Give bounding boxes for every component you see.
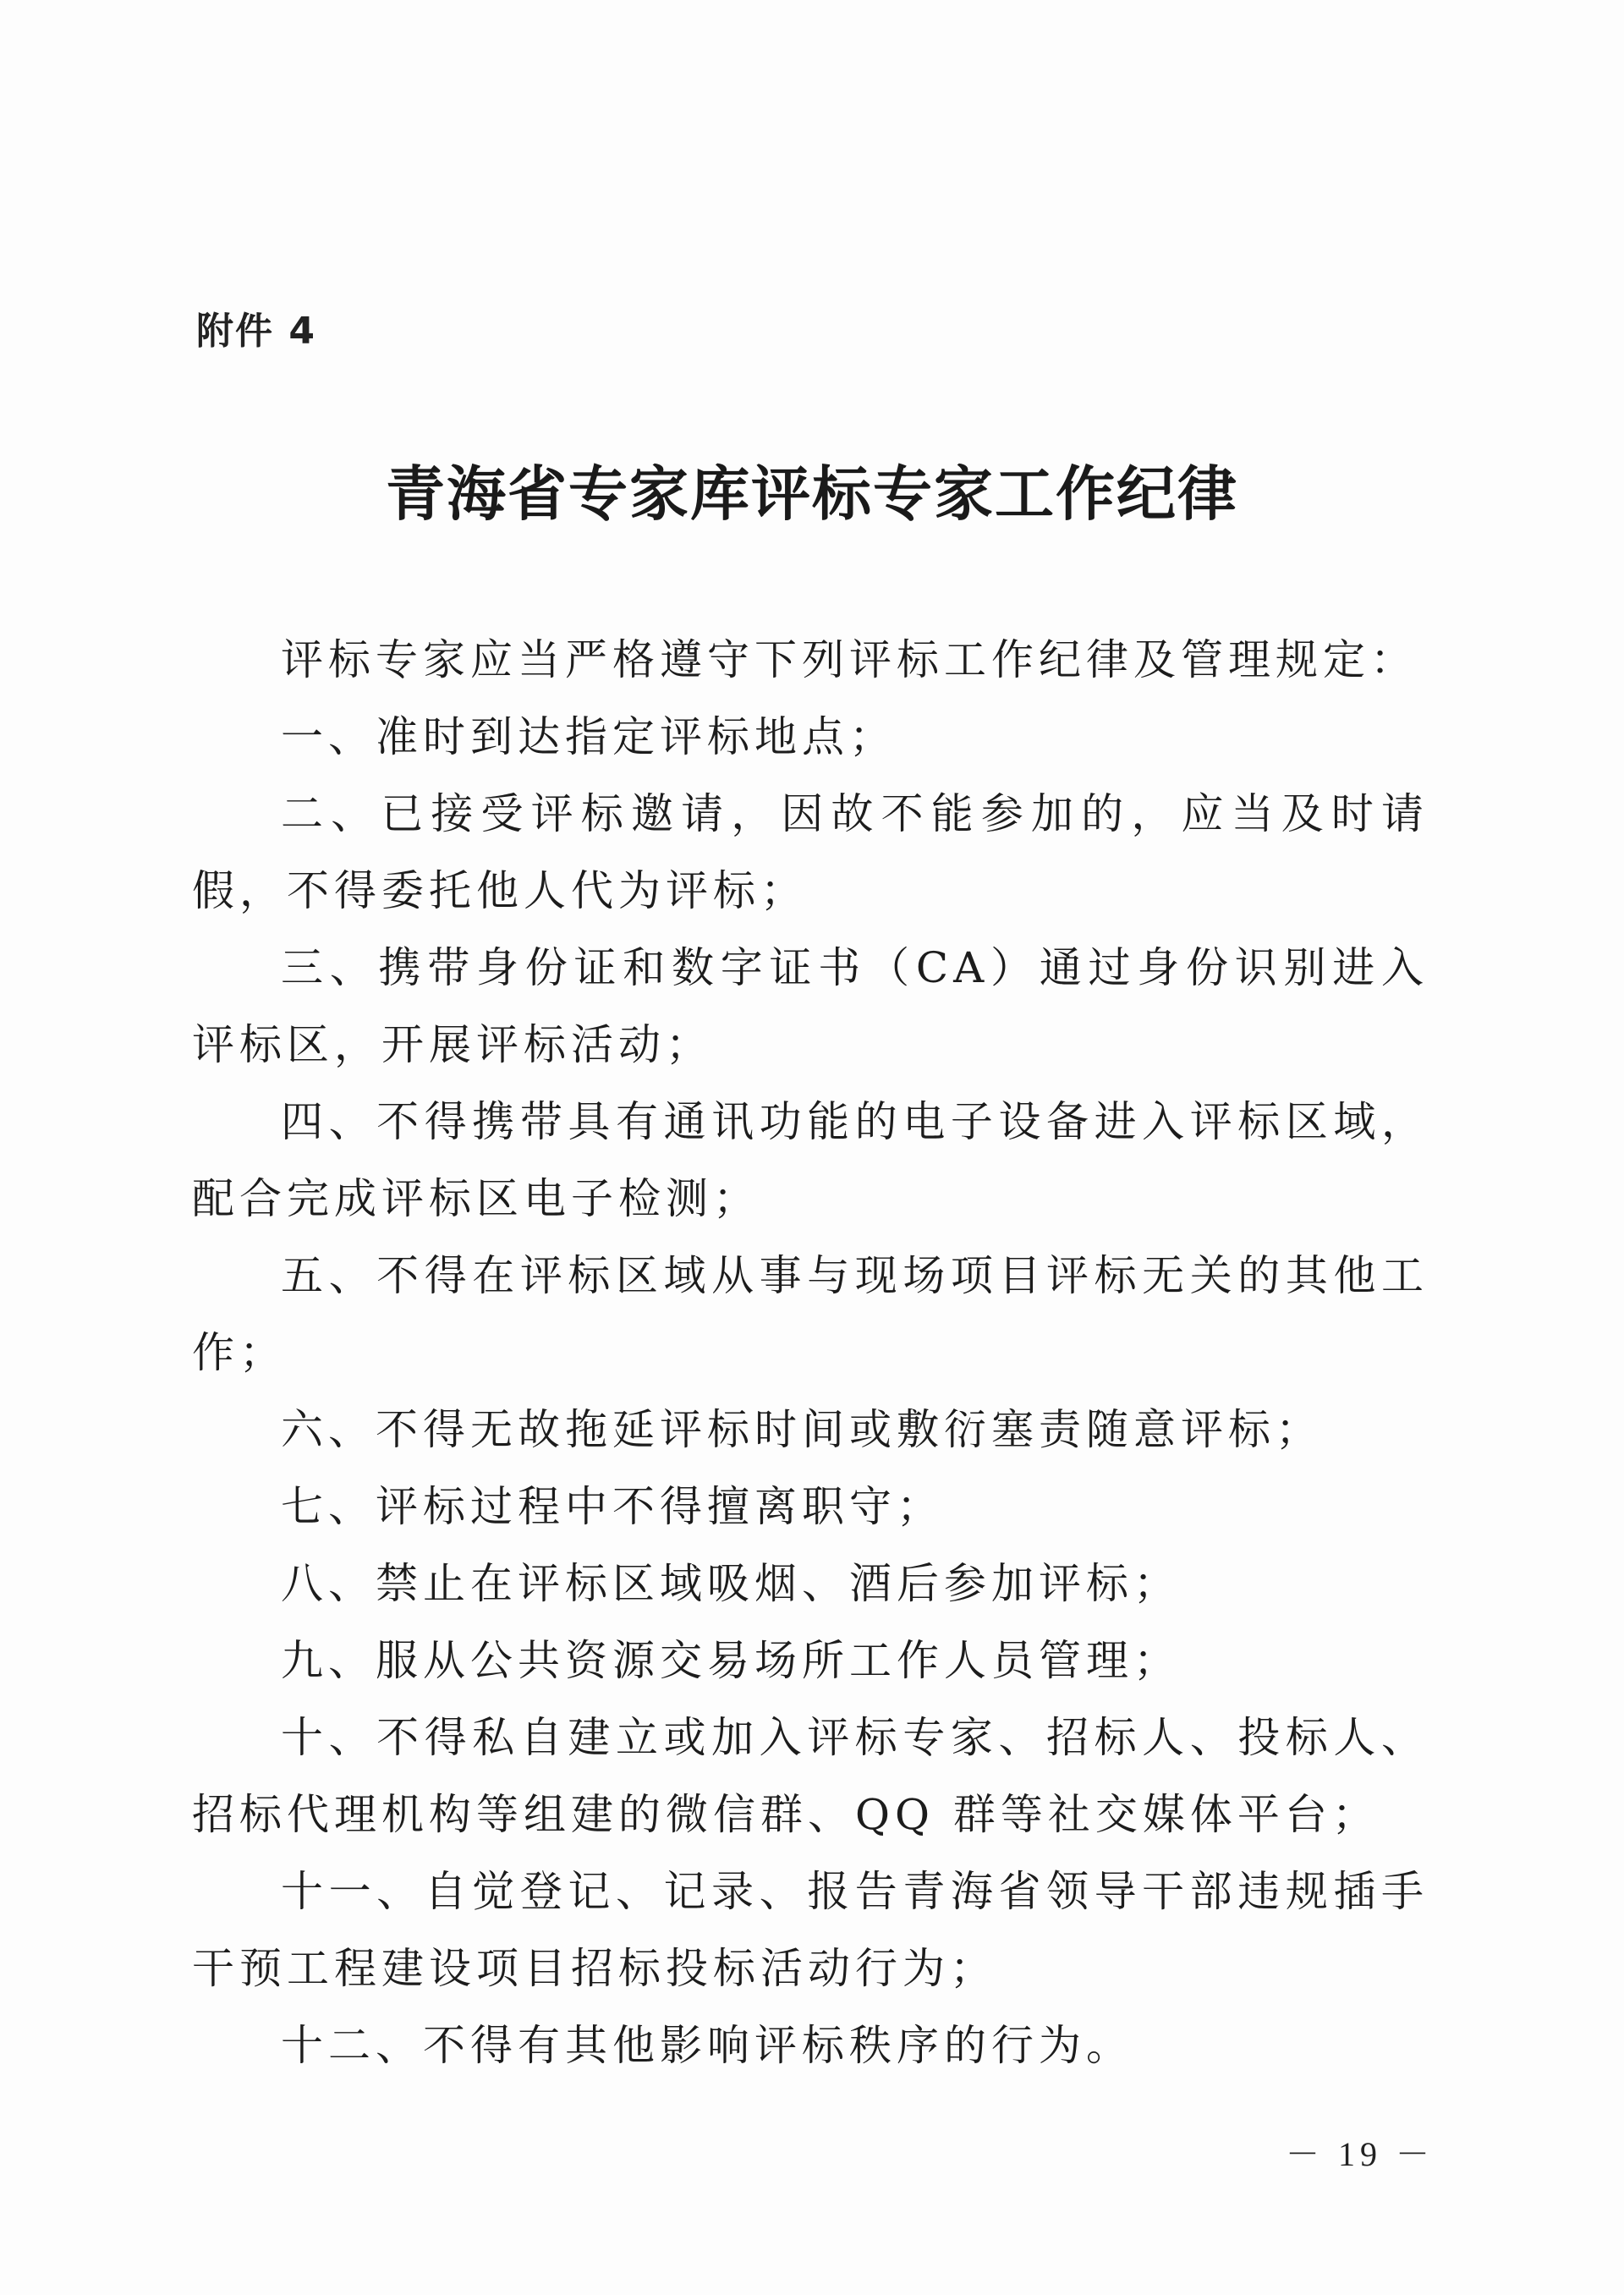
rule-10: 十、不得私自建立或加入评标专家、招标人、投标人、招标代理机构等组建的微信群、QQ… [192,1699,1429,1853]
rule-8: 八、禁止在评标区域吸烟、酒后参加评标； [192,1546,1429,1622]
rule-4: 四、不得携带具有通讯功能的电子设备进入评标区域，配合完成评标区电子检测； [192,1084,1429,1238]
rule-9: 九、服从公共资源交易场所工作人员管理； [192,1622,1429,1699]
rule-6: 六、不得无故拖延评标时间或敷衍塞责随意评标； [192,1392,1429,1469]
page-number: － 19 － [1286,2128,1435,2176]
rule-3: 三、携带身份证和数字证书（CA）通过身份识别进入评标区，开展评标活动； [192,930,1429,1084]
rule-7: 七、评标过程中不得擅离职守； [192,1469,1429,1546]
document-page: 附件 4 青海省专家库评标专家工作纪律 评标专家应当严格遵守下列评标工作纪律及管… [0,0,1624,2295]
rule-5: 五、不得在评标区域从事与现场项目评标无关的其他工作； [192,1238,1429,1392]
attachment-label: 附件 4 [196,300,316,354]
rule-11: 十一、自觉登记、记录、报告青海省领导干部违规插手干预工程建设项目招标投标活动行为… [192,1853,1429,2007]
rule-1: 一、准时到达指定评标地点； [192,699,1429,776]
intro-paragraph: 评标专家应当严格遵守下列评标工作纪律及管理规定： [192,622,1429,699]
document-title: 青海省专家库评标专家工作纪律 [0,447,1624,532]
rule-2: 二、已接受评标邀请，因故不能参加的，应当及时请假，不得委托他人代为评标； [192,776,1429,930]
document-body: 评标专家应当严格遵守下列评标工作纪律及管理规定： 一、准时到达指定评标地点； 二… [192,622,1429,2084]
rule-12: 十二、不得有其他影响评标秩序的行为。 [192,2007,1429,2084]
